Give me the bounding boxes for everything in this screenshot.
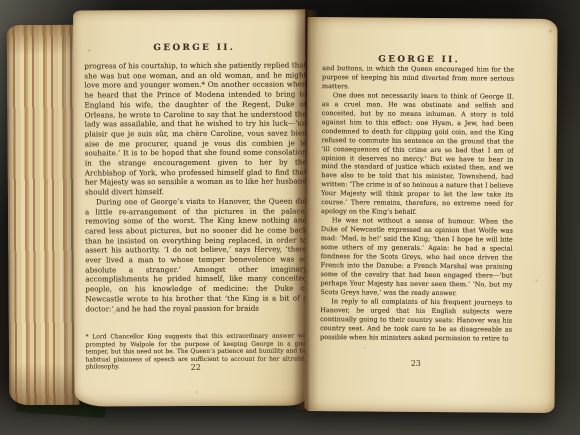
right-page: GEORGE II. and buttons, in which the Que… — [304, 17, 557, 413]
paragraph: progress of his courtship, to which she … — [84, 60, 307, 197]
page-number-left: 22 — [85, 362, 307, 372]
left-page: GEORGE II. progress of his courtship, to… — [73, 9, 307, 406]
left-page-body-text: progress of his courtship, to which she … — [84, 60, 307, 331]
right-page-body-text: and buttons, in which the Queen encourag… — [320, 64, 514, 359]
paragraph: In reply to all complaints of his freque… — [320, 297, 512, 343]
closed-page-edges — [7, 25, 80, 405]
paragraph: During one of George’s visits to Hanover… — [85, 196, 308, 313]
paragraph: He was not without a sense of humour. Wh… — [320, 216, 513, 298]
paragraph: and buttons, in which the Queen encourag… — [322, 64, 514, 92]
running-header-left: GEORGE II. — [83, 42, 305, 53]
paragraph: One does not necessarily learn to think … — [321, 91, 514, 218]
page-number-right: 23 — [320, 358, 512, 369]
